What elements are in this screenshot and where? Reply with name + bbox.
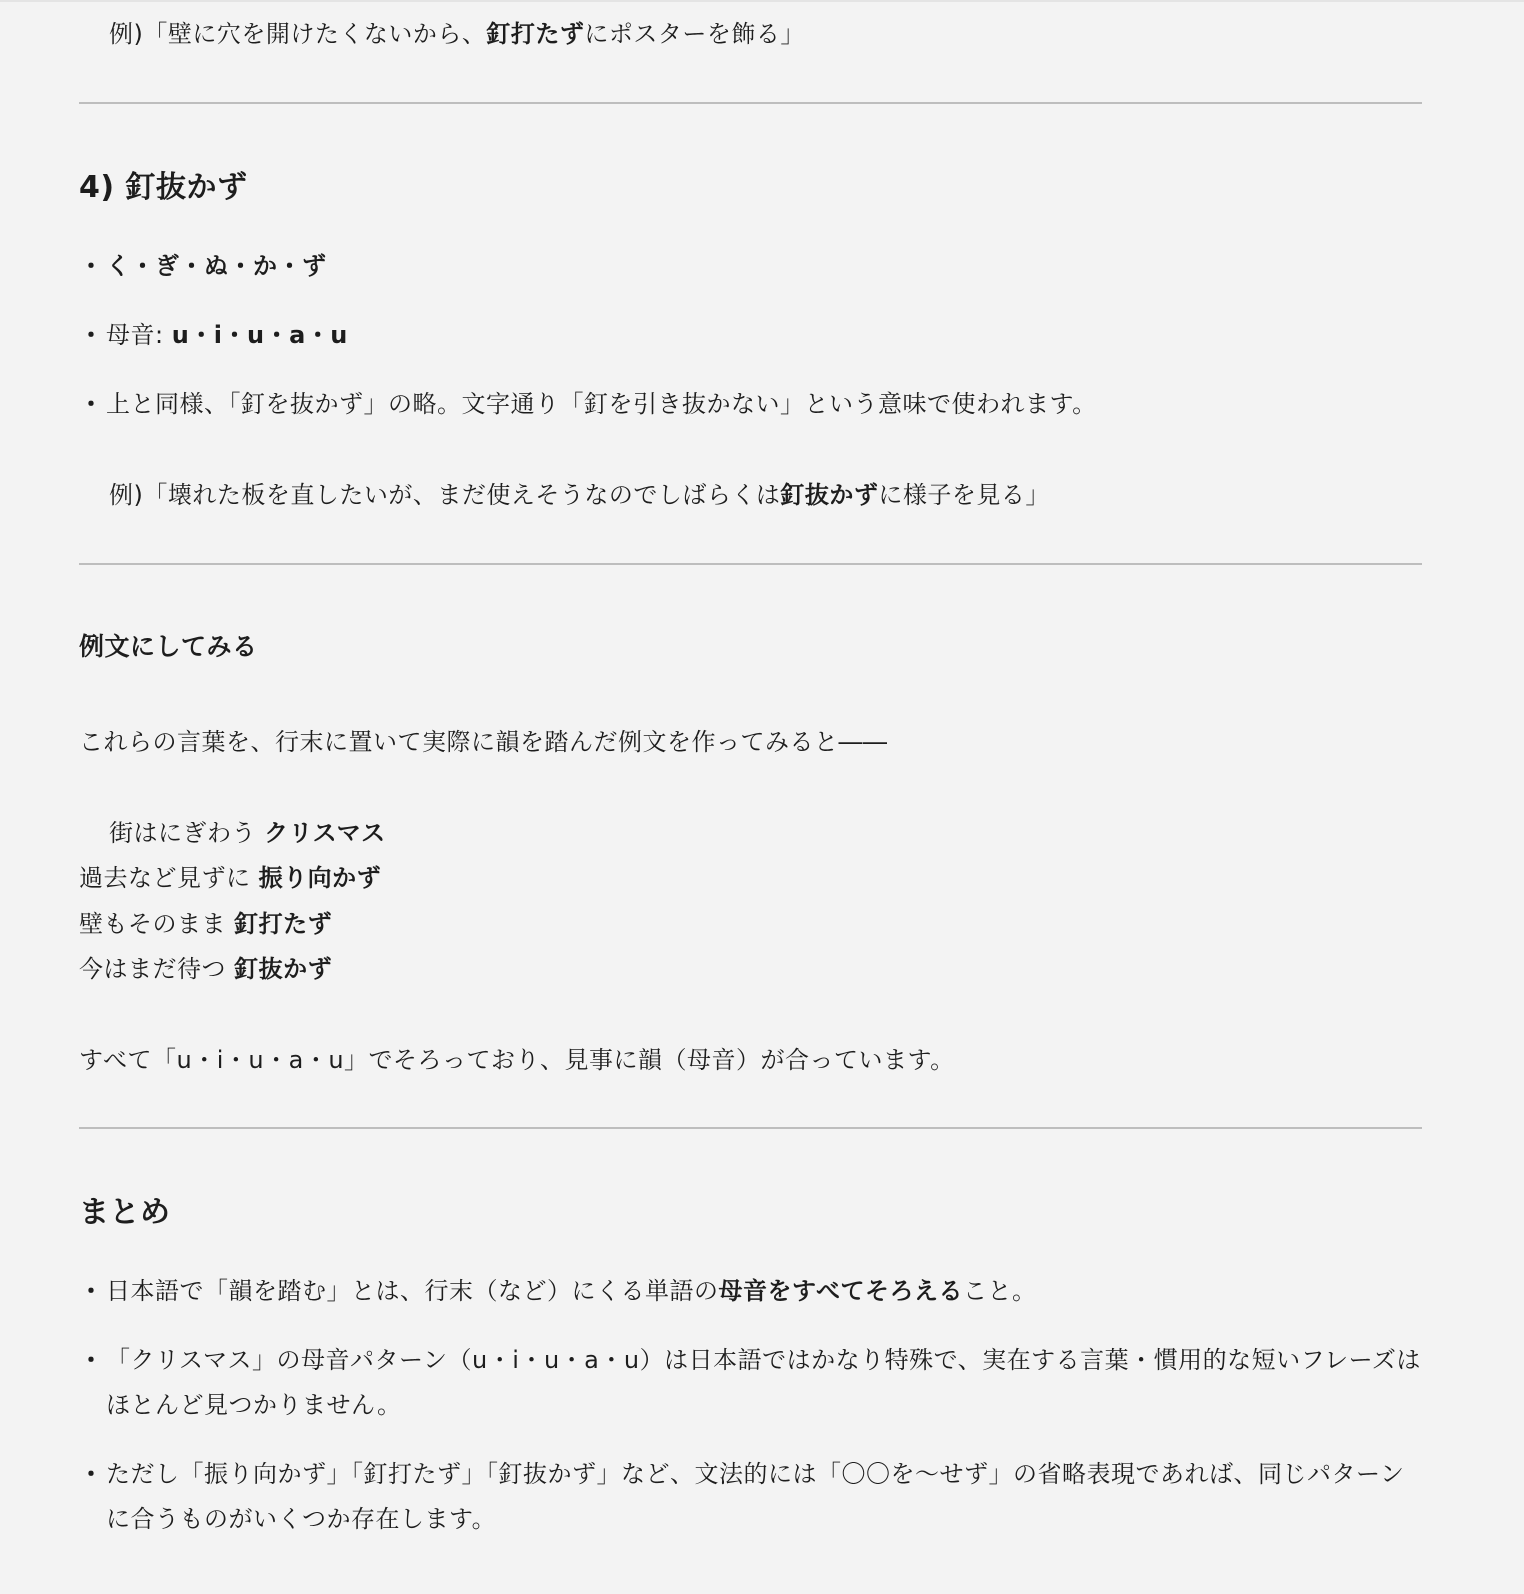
list-item: ・ ただし「振り向かず」「釘打たず」「釘抜かず」など、文法的には「〇〇を～せず」… [79,1452,1424,1542]
example-bold-term: 釘抜かず [780,481,878,509]
list-item: ・ 「クリスマス」の母音パターン（u・i・u・a・u）は日本語ではかなり特殊で、… [79,1338,1424,1428]
kana-breakdown: く・ぎ・ぬ・か・ず [79,244,1424,289]
bullet-icon: ・ [79,382,99,427]
example-suffix: にポスターを飾る」 [584,20,805,48]
section4-heading: 4) 釘抜かず [79,168,248,208]
divider [79,1127,1422,1129]
list-item: ・ 母音: u・i・u・a・u [79,313,1424,358]
bullet-icon: ・ [79,1338,99,1383]
divider [79,102,1422,104]
summary-heading: まとめ [79,1193,171,1233]
example-prefix: 例)「壊れた板を直したいが、まだ使えそうなのでしばらくは [109,481,780,509]
section3-example: 例)「壁に穴を開けたくないから、釘打たずにポスターを飾る」 [79,17,805,51]
example-conclusion: すべて「u・i・u・a・u」でそろっており、見事に韻（母音）が合っています。 [79,1043,955,1077]
list-item: ・ 上と同様、「釘を抜かず」の略。文字通り「釘を引き抜かない」という意味で使われ… [79,382,1424,427]
divider [79,563,1422,565]
list-item: ・ 日本語で「韻を踏む」とは、行末（など）にくる単語の母音をすべてそろえること。 [79,1269,1424,1314]
summary-text: 「クリスマス」の母音パターン（u・i・u・a・u）は日本語ではかなり特殊で、実在… [79,1338,1424,1428]
example-suffix: に様子を見る」 [878,481,1050,509]
example-sentences-heading: 例文にしてみる [79,630,258,664]
bullet-icon: ・ [79,1269,99,1314]
meaning-text: 上と同様、「釘を抜かず」の略。文字通り「釘を引き抜かない」という意味で使われます… [79,382,1424,427]
example-bold-term: 釘打たず [486,20,584,48]
poem-line: 過去など見ずに 振り向かず [79,861,381,895]
summary-text: ただし「振り向かず」「釘打たず」「釘抜かず」など、文法的には「〇〇を～せず」の省… [79,1452,1424,1542]
bullet-icon: ・ [79,313,99,358]
poem-line: 街はにぎわう クリスマス [79,816,386,850]
example-prefix: 例)「壁に穴を開けたくないから、 [109,20,486,48]
bullet-icon: ・ [79,244,99,289]
emphasis: 母音をすべてそろえる [719,1277,964,1305]
list-item: ・ く・ぎ・ぬ・か・ず [79,244,1424,289]
bullet-icon: ・ [79,1452,99,1497]
poem-line: 壁もそのまま 釘打たず [79,907,332,941]
example-intro: これらの言葉を、行末に置いて実際に韻を踏んだ例文を作ってみると―― [79,725,888,759]
section4-example: 例)「壊れた板を直したいが、まだ使えそうなのでしばらくは釘抜かずに様子を見る」 [79,478,1050,512]
vowel-value: u・i・u・a・u [172,321,348,349]
vowel-label: 母音: [106,321,172,349]
poem-line: 今はまだ待つ 釘抜かず [79,952,332,986]
